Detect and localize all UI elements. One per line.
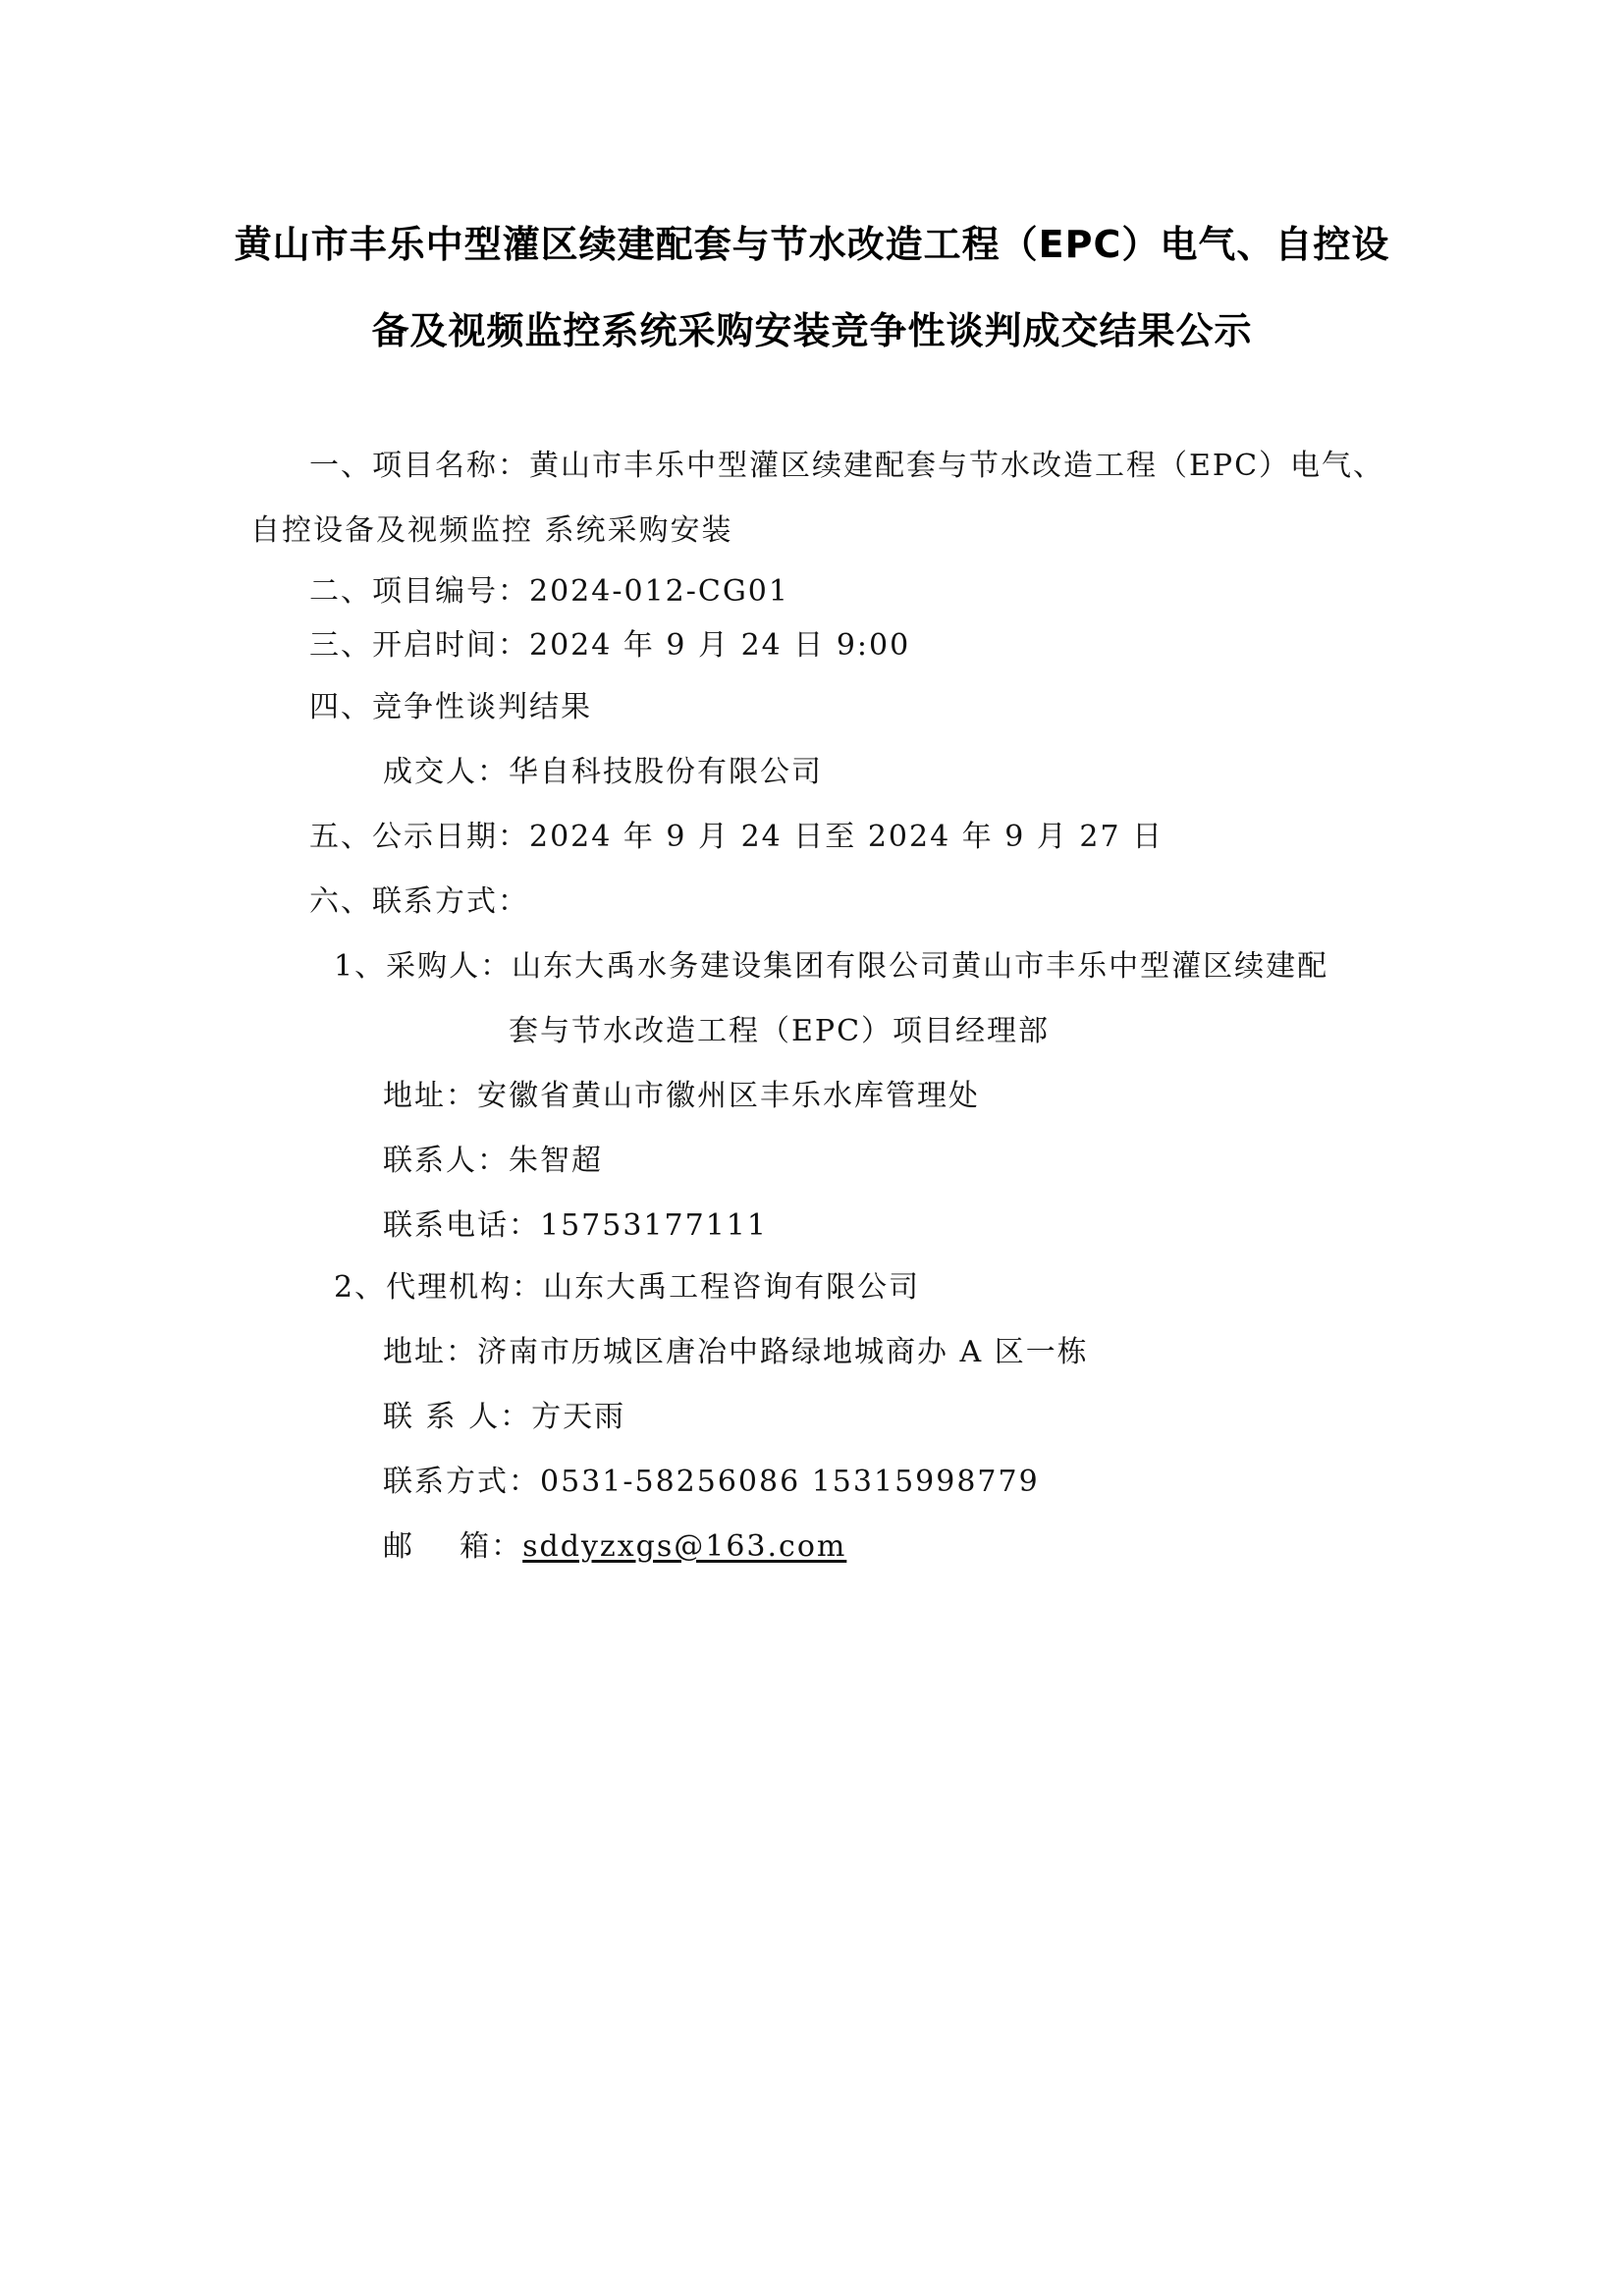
agency-email-link[interactable]: sddyzxgs@163.com	[522, 1529, 846, 1564]
result-heading: 四、竞争性谈判结果	[309, 688, 592, 727]
agency-address: 地址：济南市历城区唐冶中路绿地城商办 A 区一栋	[383, 1333, 1089, 1372]
purchaser-phone: 联系电话：15753177111	[383, 1206, 768, 1246]
project-name-line-2: 自控设备及视频监控 系统采购安装	[250, 511, 733, 551]
document-title-line-2: 备及视频监控系统采购安装竞争性谈判成交结果公示	[0, 300, 1624, 354]
agency-line-1: 2、代理机构：山东大禹工程咨询有限公司	[334, 1268, 920, 1308]
purchaser-line-2: 套与节水改造工程（EPC）项目经理部	[509, 1012, 1050, 1051]
agency-email-label: 邮 箱：	[383, 1529, 522, 1564]
agency-phone: 联系方式：0531-58256086 15315998779	[383, 1463, 1040, 1502]
project-number: 二、项目编号：2024-012-CG01	[309, 572, 789, 612]
agency-contact-person: 联 系 人：方天雨	[383, 1398, 625, 1437]
winner: 成交人：华自科技股份有限公司	[383, 753, 823, 792]
project-name-line-1: 一、项目名称：黄山市丰乐中型灌区续建配套与节水改造工程（EPC）电气、	[309, 447, 1384, 486]
agency-email-row: 邮 箱：sddyzxgs@163.com	[383, 1527, 846, 1567]
purchaser-address: 地址：安徽省黄山市徽州区丰乐水库管理处	[383, 1077, 980, 1116]
opening-time: 三、开启时间：2024 年 9 月 24 日 9:00	[309, 626, 910, 666]
purchaser-contact-person: 联系人：朱智超	[383, 1142, 603, 1181]
contact-heading: 六、联系方式：	[309, 882, 529, 922]
publicity-date: 五、公示日期：2024 年 9 月 24 日至 2024 年 9 月 27 日	[309, 818, 1164, 857]
purchaser-line-1: 1、采购人：山东大禹水务建设集团有限公司黄山市丰乐中型灌区续建配	[334, 947, 1328, 987]
document-page: 黄山市丰乐中型灌区续建配套与节水改造工程（EPC）电气、自控设 备及视频监控系统…	[0, 0, 1624, 2296]
document-title-line-1: 黄山市丰乐中型灌区续建配套与节水改造工程（EPC）电气、自控设	[0, 214, 1624, 268]
